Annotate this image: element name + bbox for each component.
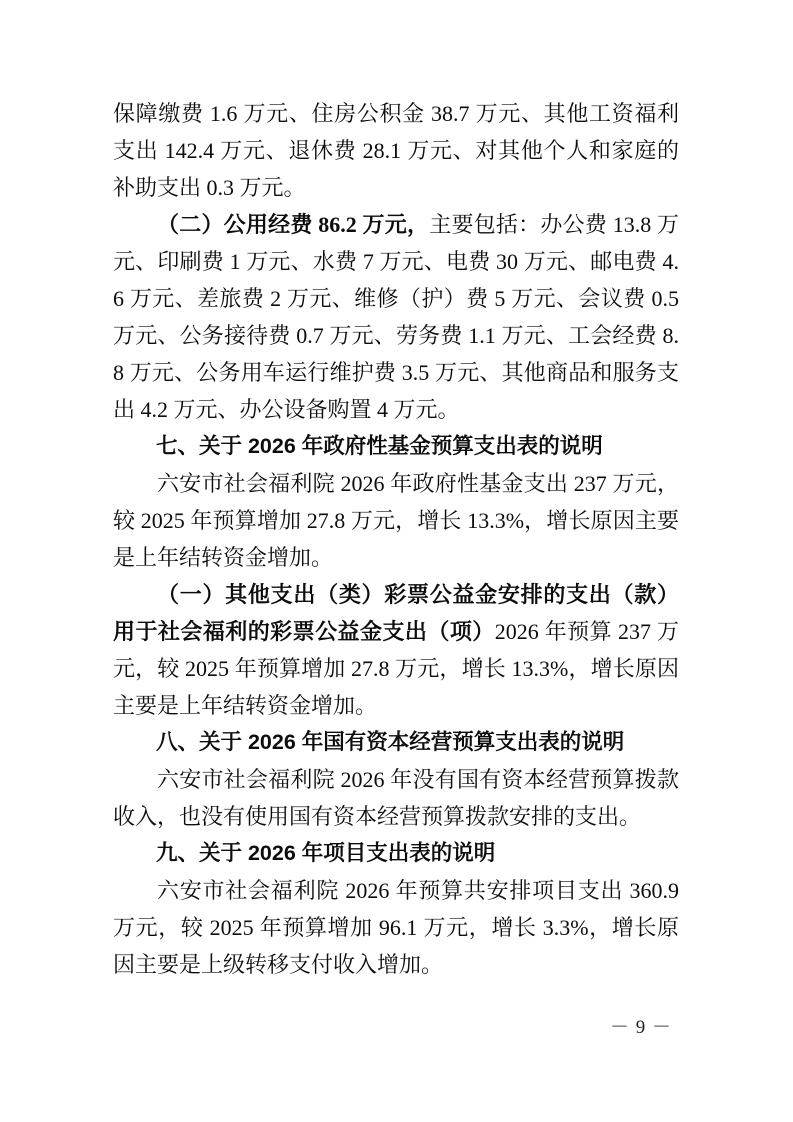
paragraph-state-capital-budget: 六安市社会福利院 2026 年没有国有资本经营预算拨款收入，也没有使用国有资本经… [113, 761, 679, 835]
document-page: 保障缴费 1.6 万元、住房公积金 38.7 万元、其他工资福利支出 142.4… [0, 0, 793, 1122]
paragraph-public-funds: （二）公用经费 86.2 万元，主要包括：办公费 13.8 万元、印刷费 1 万… [113, 206, 679, 428]
paragraph-text: 六安市社会福利院 2026 年没有国有资本经营预算拨款收入，也没有使用国有资本经… [113, 767, 679, 829]
document-body: 保障缴费 1.6 万元、住房公积金 38.7 万元、其他工资福利支出 142.4… [113, 95, 679, 983]
paragraph-text: 六安市社会福利院 2026 年预算共安排项目支出 360.9 万元，较 2025… [113, 878, 679, 977]
paragraph-text: 主要包括：办公费 13.8 万元、印刷费 1 万元、水费 7 万元、电费 30 … [113, 212, 679, 422]
page-number: － 9 － [610, 1016, 672, 1040]
paragraph-text: 六安市社会福利院 2026 年政府性基金支出 237 万元，较 2025 年预算… [113, 471, 679, 570]
section-heading-8: 八、关于 2026 年国有资本经营预算支出表的说明 [113, 724, 679, 761]
section-heading-9: 九、关于 2026 年项目支出表的说明 [113, 835, 679, 872]
paragraph-bold-lead: （二）公用经费 86.2 万元， [157, 212, 429, 237]
paragraph-gov-fund-budget: 六安市社会福利院 2026 年政府性基金支出 237 万元，较 2025 年预算… [113, 465, 679, 576]
paragraph-personnel-expense-continuation: 保障缴费 1.6 万元、住房公积金 38.7 万元、其他工资福利支出 142.4… [113, 95, 679, 206]
section-heading-7: 七、关于 2026 年政府性基金预算支出表的说明 [113, 428, 679, 465]
paragraph-project-expense: 六安市社会福利院 2026 年预算共安排项目支出 360.9 万元，较 2025… [113, 872, 679, 983]
paragraph-text: 保障缴费 1.6 万元、住房公积金 38.7 万元、其他工资福利支出 142.4… [113, 101, 679, 200]
paragraph-lottery-welfare-fund: （一）其他支出（类）彩票公益金安排的支出（款）用于社会福利的彩票公益金支出（项）… [113, 576, 679, 724]
